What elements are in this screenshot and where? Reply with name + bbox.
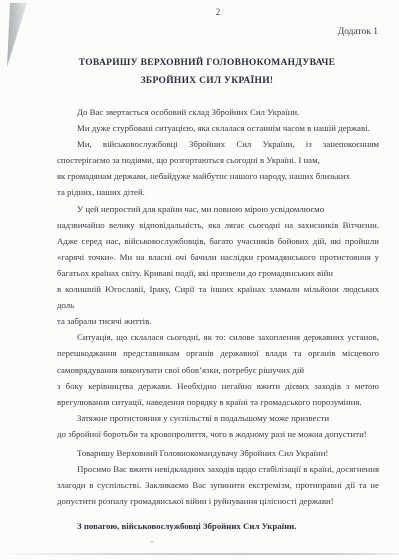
body-line: У цей непростий для країни час, ми повно… <box>57 201 379 217</box>
body-line: в колишній Югославії, Іраку, Сирії та ін… <box>57 281 379 313</box>
letter-body: До Вас звертається особовий склад Збройн… <box>57 104 379 534</box>
body-line: Адже серед нас, військовослужбовців, баг… <box>57 233 379 249</box>
body-line: Товаришу Верховний Головнокомандувачу Зб… <box>57 445 379 461</box>
body-line: Затяжне протистояння у суспільстві в под… <box>57 410 379 426</box>
body-line: як громадянам держави, небайдуже майбутн… <box>57 168 379 184</box>
document-title: ТОВАРИШУ ВЕРХОВНИЙ ГОЛОВНОКОМАНДУВАЧЕ ЗБ… <box>30 55 384 90</box>
body-line: До Вас звертається особовий склад Збройн… <box>57 104 379 120</box>
body-line: допустити розпалу громадянської війни і … <box>57 493 379 509</box>
body-line: Ми, військовослужбовці Збройних Сил Укра… <box>57 136 379 152</box>
body-line: з боку керівництва держави. Необхідно не… <box>57 378 379 394</box>
signature-line: З повагою, військовослужбовці Збройних С… <box>57 518 379 534</box>
body-line: перешкоджання представникам органів держ… <box>57 345 379 361</box>
body-line: «гарячі точки». Ми на власні очі бачили … <box>57 249 379 265</box>
annex-label: Додаток 1 <box>338 27 378 37</box>
body-line: Ми дуже стурбовані ситуацією, яка склала… <box>57 120 379 136</box>
body-line: спостерігаємо за подіями, що розгортають… <box>57 152 379 168</box>
body-line: та рідних, наших дітей. <box>57 184 379 200</box>
body-line: до збройної боротьби та кровопролиття, ч… <box>57 426 379 442</box>
body-line: багатьох країнах світу. Криваві події, я… <box>57 265 379 281</box>
scanned-document-page: 2 Додаток 1 ТОВАРИШУ ВЕРХОВНИЙ ГОЛОВНОКО… <box>0 0 399 560</box>
document-title-line-1: ТОВАРИШУ ВЕРХОВНИЙ ГОЛОВНОКОМАНДУВАЧЕ <box>30 55 384 73</box>
body-line: надзвичайно велику відповідальність, яка… <box>57 217 379 233</box>
body-line: та забрали тисячі життів. <box>57 313 379 329</box>
body-line: Просимо Вас вжити невідкладних заходів щ… <box>57 461 379 477</box>
body-line: врегулювання ситуації, наведення порядку… <box>57 394 379 410</box>
body-line: злагоди в суспільстві. Закликаємо Вас зу… <box>57 477 379 493</box>
paper-bottom-edge-shadow <box>0 553 399 555</box>
body-line: самоврядування виконувати свої обов’язки… <box>57 362 379 378</box>
page-number: 2 <box>57 7 379 17</box>
page-corner-fold-icon <box>0 0 30 70</box>
document-title-line-2: ЗБРОЙНИХ СИЛ УКРАЇНИ! <box>30 73 384 91</box>
body-line: Ситуація, що склалася сьогодні, як то: с… <box>57 329 379 345</box>
scan-speck-artifact <box>150 541 154 543</box>
